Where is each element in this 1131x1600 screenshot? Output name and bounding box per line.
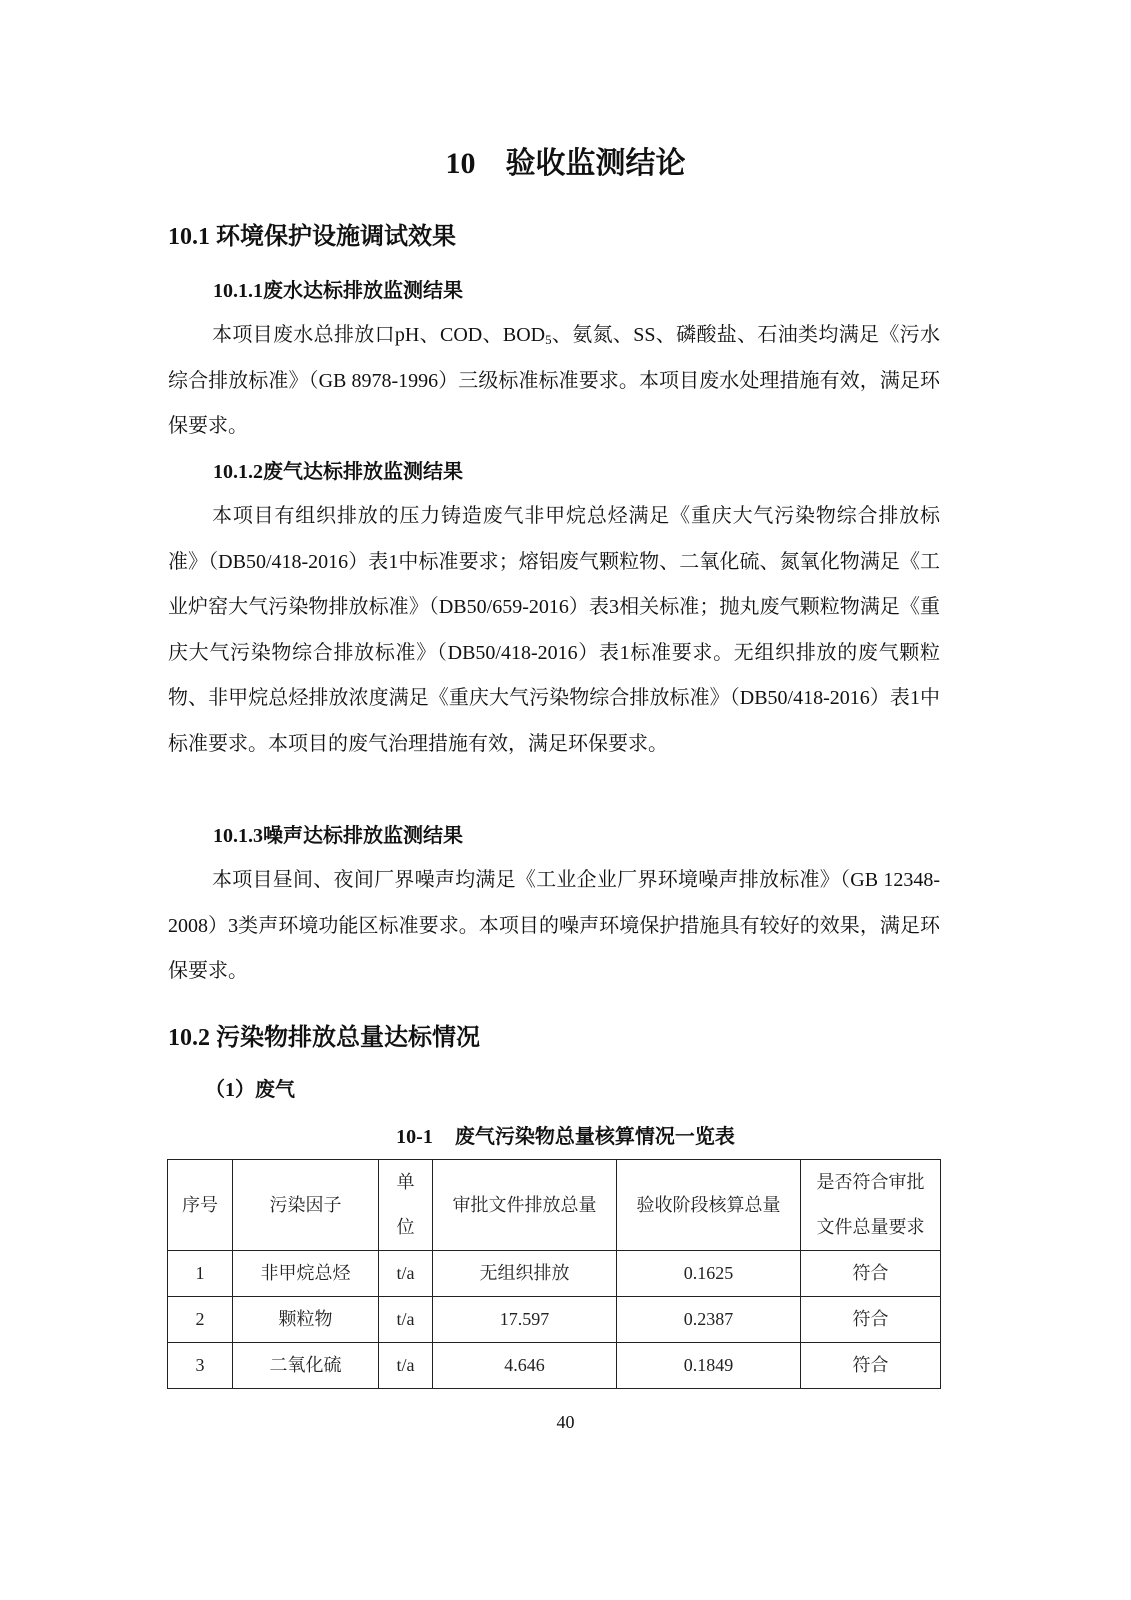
cell-factor: 颗粒物: [233, 1297, 379, 1343]
table-caption-title: 废气污染物总量核算情况一览表: [455, 1126, 735, 1148]
header-compliant-line2: 文件总量要求: [801, 1205, 940, 1250]
cell-approved: 4.646: [433, 1343, 617, 1389]
cell-index: 2: [168, 1297, 233, 1343]
table-row: 3 二氧化硫 t/a 4.646 0.1849 符合: [168, 1343, 941, 1389]
cell-index: 1: [168, 1251, 233, 1297]
section-title: 环境保护设施调试效果: [216, 224, 456, 250]
subsection-heading-10-1-1: 10.1.1废水达标排放监测结果: [213, 276, 463, 306]
subsection-heading-10-1-2: 10.1.2废气达标排放监测结果: [213, 457, 463, 487]
cell-unit: t/a: [379, 1297, 433, 1343]
section-number: 10.1: [168, 224, 210, 250]
paragraph-text: 本项目废水总排放口pH、COD、BOD: [212, 324, 545, 346]
cell-unit: t/a: [379, 1343, 433, 1389]
header-unit-line1: 单: [379, 1160, 432, 1205]
cell-unit: t/a: [379, 1251, 433, 1297]
paragraph-noise: 本项目昼间、夜间厂界噪声均满足《工业企业厂界环境噪声排放标准》（GB 12348…: [168, 858, 940, 995]
subsection-heading-10-1-3: 10.1.3噪声达标排放监测结果: [213, 821, 463, 851]
header-compliant: 是否符合审批 文件总量要求: [801, 1160, 941, 1251]
cell-accepted: 0.2387: [617, 1297, 801, 1343]
cell-factor: 二氧化硫: [233, 1343, 379, 1389]
paragraph-exhaust-gas: 本项目有组织排放的压力铸造废气非甲烷总烃满足《重庆大气污染物综合排放标准》（DB…: [168, 494, 940, 767]
chapter-number: 10: [446, 147, 476, 180]
cell-accepted: 0.1625: [617, 1251, 801, 1297]
cell-compliant: 符合: [801, 1297, 941, 1343]
chapter-title-text: 验收监测结论: [506, 147, 686, 180]
table-caption-number: 10-1: [396, 1126, 433, 1148]
cell-index: 3: [168, 1343, 233, 1389]
chapter-title: 10验收监测结论: [0, 140, 1131, 188]
table-header-row: 序号 污染因子 单 位 审批文件排放总量 验收阶段核算总量 是否符合审批 文件总…: [168, 1160, 941, 1251]
header-unit: 单 位: [379, 1160, 433, 1251]
item-label-exhaust: （1）废气: [205, 1075, 295, 1105]
cell-approved: 17.597: [433, 1297, 617, 1343]
table-row: 1 非甲烷总烃 t/a 无组织排放 0.1625 符合: [168, 1251, 941, 1297]
table-row: 2 颗粒物 t/a 17.597 0.2387 符合: [168, 1297, 941, 1343]
section-number: 10.2: [168, 1025, 210, 1051]
cell-accepted: 0.1849: [617, 1343, 801, 1389]
paragraph-wastewater: 本项目废水总排放口pH、COD、BOD5、氨氮、SS、磷酸盐、石油类均满足《污水…: [168, 313, 940, 450]
header-unit-line2: 位: [379, 1205, 432, 1250]
cell-factor: 非甲烷总烃: [233, 1251, 379, 1297]
pollutant-total-table: 序号 污染因子 单 位 审批文件排放总量 验收阶段核算总量 是否符合审批 文件总…: [167, 1159, 941, 1389]
header-factor: 污染因子: [233, 1160, 379, 1251]
section-heading-10-2: 10.2 污染物排放总量达标情况: [168, 1020, 480, 1056]
section-heading-10-1: 10.1 环境保护设施调试效果: [168, 219, 456, 255]
cell-approved: 无组织排放: [433, 1251, 617, 1297]
cell-compliant: 符合: [801, 1343, 941, 1389]
page-number: 40: [0, 1410, 1131, 1434]
section-title: 污染物排放总量达标情况: [216, 1025, 480, 1051]
table-caption: 10-1废气污染物总量核算情况一览表: [0, 1122, 1131, 1152]
header-approved-total: 审批文件排放总量: [433, 1160, 617, 1251]
header-accepted-total: 验收阶段核算总量: [617, 1160, 801, 1251]
header-compliant-line1: 是否符合审批: [801, 1160, 940, 1205]
header-index: 序号: [168, 1160, 233, 1251]
cell-compliant: 符合: [801, 1251, 941, 1297]
